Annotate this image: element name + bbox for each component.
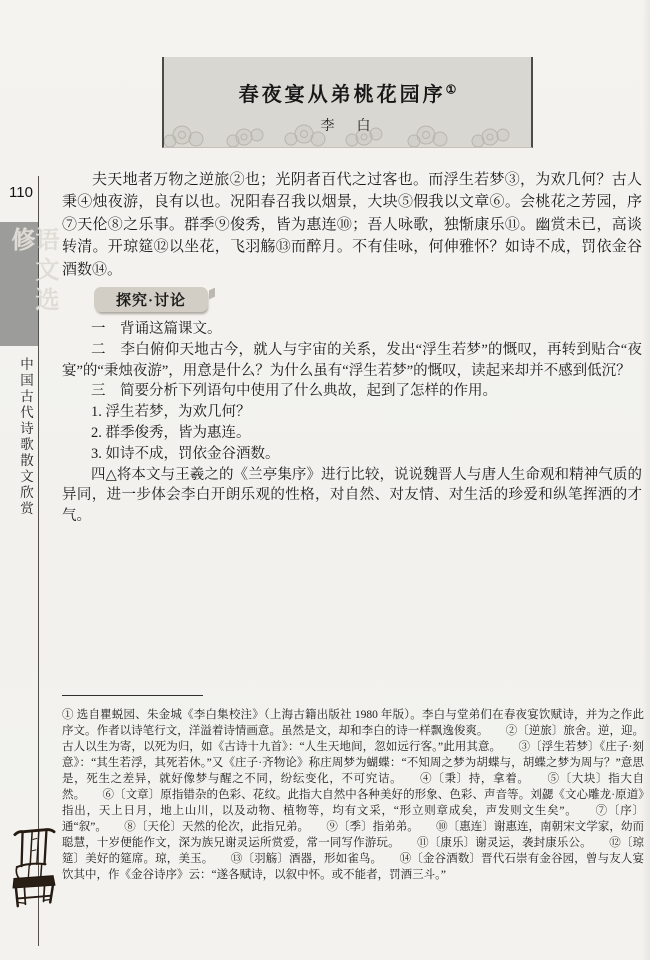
footnote-entry: ④〔秉〕持，拿着。 <box>420 773 547 785</box>
ming-chair-illustration-icon <box>10 826 58 910</box>
lesson-body-text: 夫天地者万物之逆旅②也；光阴者百代之过客也。而浮生若梦③，为欢几何？古人秉④烛夜… <box>62 169 642 281</box>
footnote-entry: ⑥〔文章〕原指错杂的色彩、花纹。此指大自然中各种美好的形象、色彩、声音等。刘勰《… <box>62 789 644 817</box>
lesson-author: 李 白 <box>164 115 531 135</box>
footnote-entry: ⑬〔羽觞〕酒器，形如雀鸟。 <box>231 853 400 865</box>
footnotes-block: ① 选自瞿蜕园、朱金城《李白集校注》（上海古籍出版社 1980 年版）。李白与堂… <box>62 707 644 883</box>
discussion-item: 1. 浮生若梦，为欢几何？ <box>62 402 642 423</box>
discussion-item: 3. 如诗不成，罚依金谷酒数。 <box>62 444 642 465</box>
discussion-section-title: 探究·讨论 <box>116 289 186 310</box>
discussion-item: 一 背诵这篇课文。 <box>62 319 642 340</box>
page-number: 110 <box>4 184 38 201</box>
footnote-entry: ⑨〔季〕指弟弟。 <box>326 821 436 833</box>
series-title-block: 语文选修 <box>0 222 38 346</box>
discussion-section-badge: 探究·讨论 <box>94 287 208 312</box>
footnote-entry: ⑪〔康乐〕谢灵运，袭封康乐公。 <box>417 837 609 849</box>
series-subtitle-vertical: 中国古代诗歌散文欣赏 <box>15 357 35 517</box>
lesson-title-banner: 春夜宴从弟桃花园序① 李 白 <box>162 57 533 148</box>
textbook-page: 110 语文选修 中国古代诗歌散文欣赏 <box>0 0 650 960</box>
footnote-entry: ⑧〔天伦〕天然的伦次，此指兄弟。 <box>124 821 326 833</box>
discussion-question-list: 一 背诵这篇课文。二 李白俯仰天地古今，就人与宇宙的关系，发出“浮生若梦”的慨叹… <box>62 319 642 527</box>
lesson-title-text: 春夜宴从弟桃花园序 <box>239 84 446 106</box>
series-title-vertical: 语文选修 <box>8 227 56 346</box>
discussion-item: 三 简要分析下列语句中使用了什么典故，起到了怎样的作用。 <box>62 381 642 402</box>
discussion-item: 二 李白俯仰天地古今，就人与宇宙的关系，发出“浮生若梦”的慨叹，再转到贴合“夜宴… <box>62 340 642 382</box>
lesson-title: 春夜宴从弟桃花园序① <box>164 78 531 107</box>
discussion-item: 四△将本文与王羲之的《兰亭集序》进行比较，说说魏晋人与唐人生命观和精神气质的异同… <box>62 465 642 527</box>
footnote-divider <box>62 695 203 696</box>
discussion-item: 2. 群季俊秀，皆为惠连。 <box>62 423 642 444</box>
page-edge-shadow <box>642 0 650 960</box>
title-footnote-ref: ① <box>446 82 457 96</box>
